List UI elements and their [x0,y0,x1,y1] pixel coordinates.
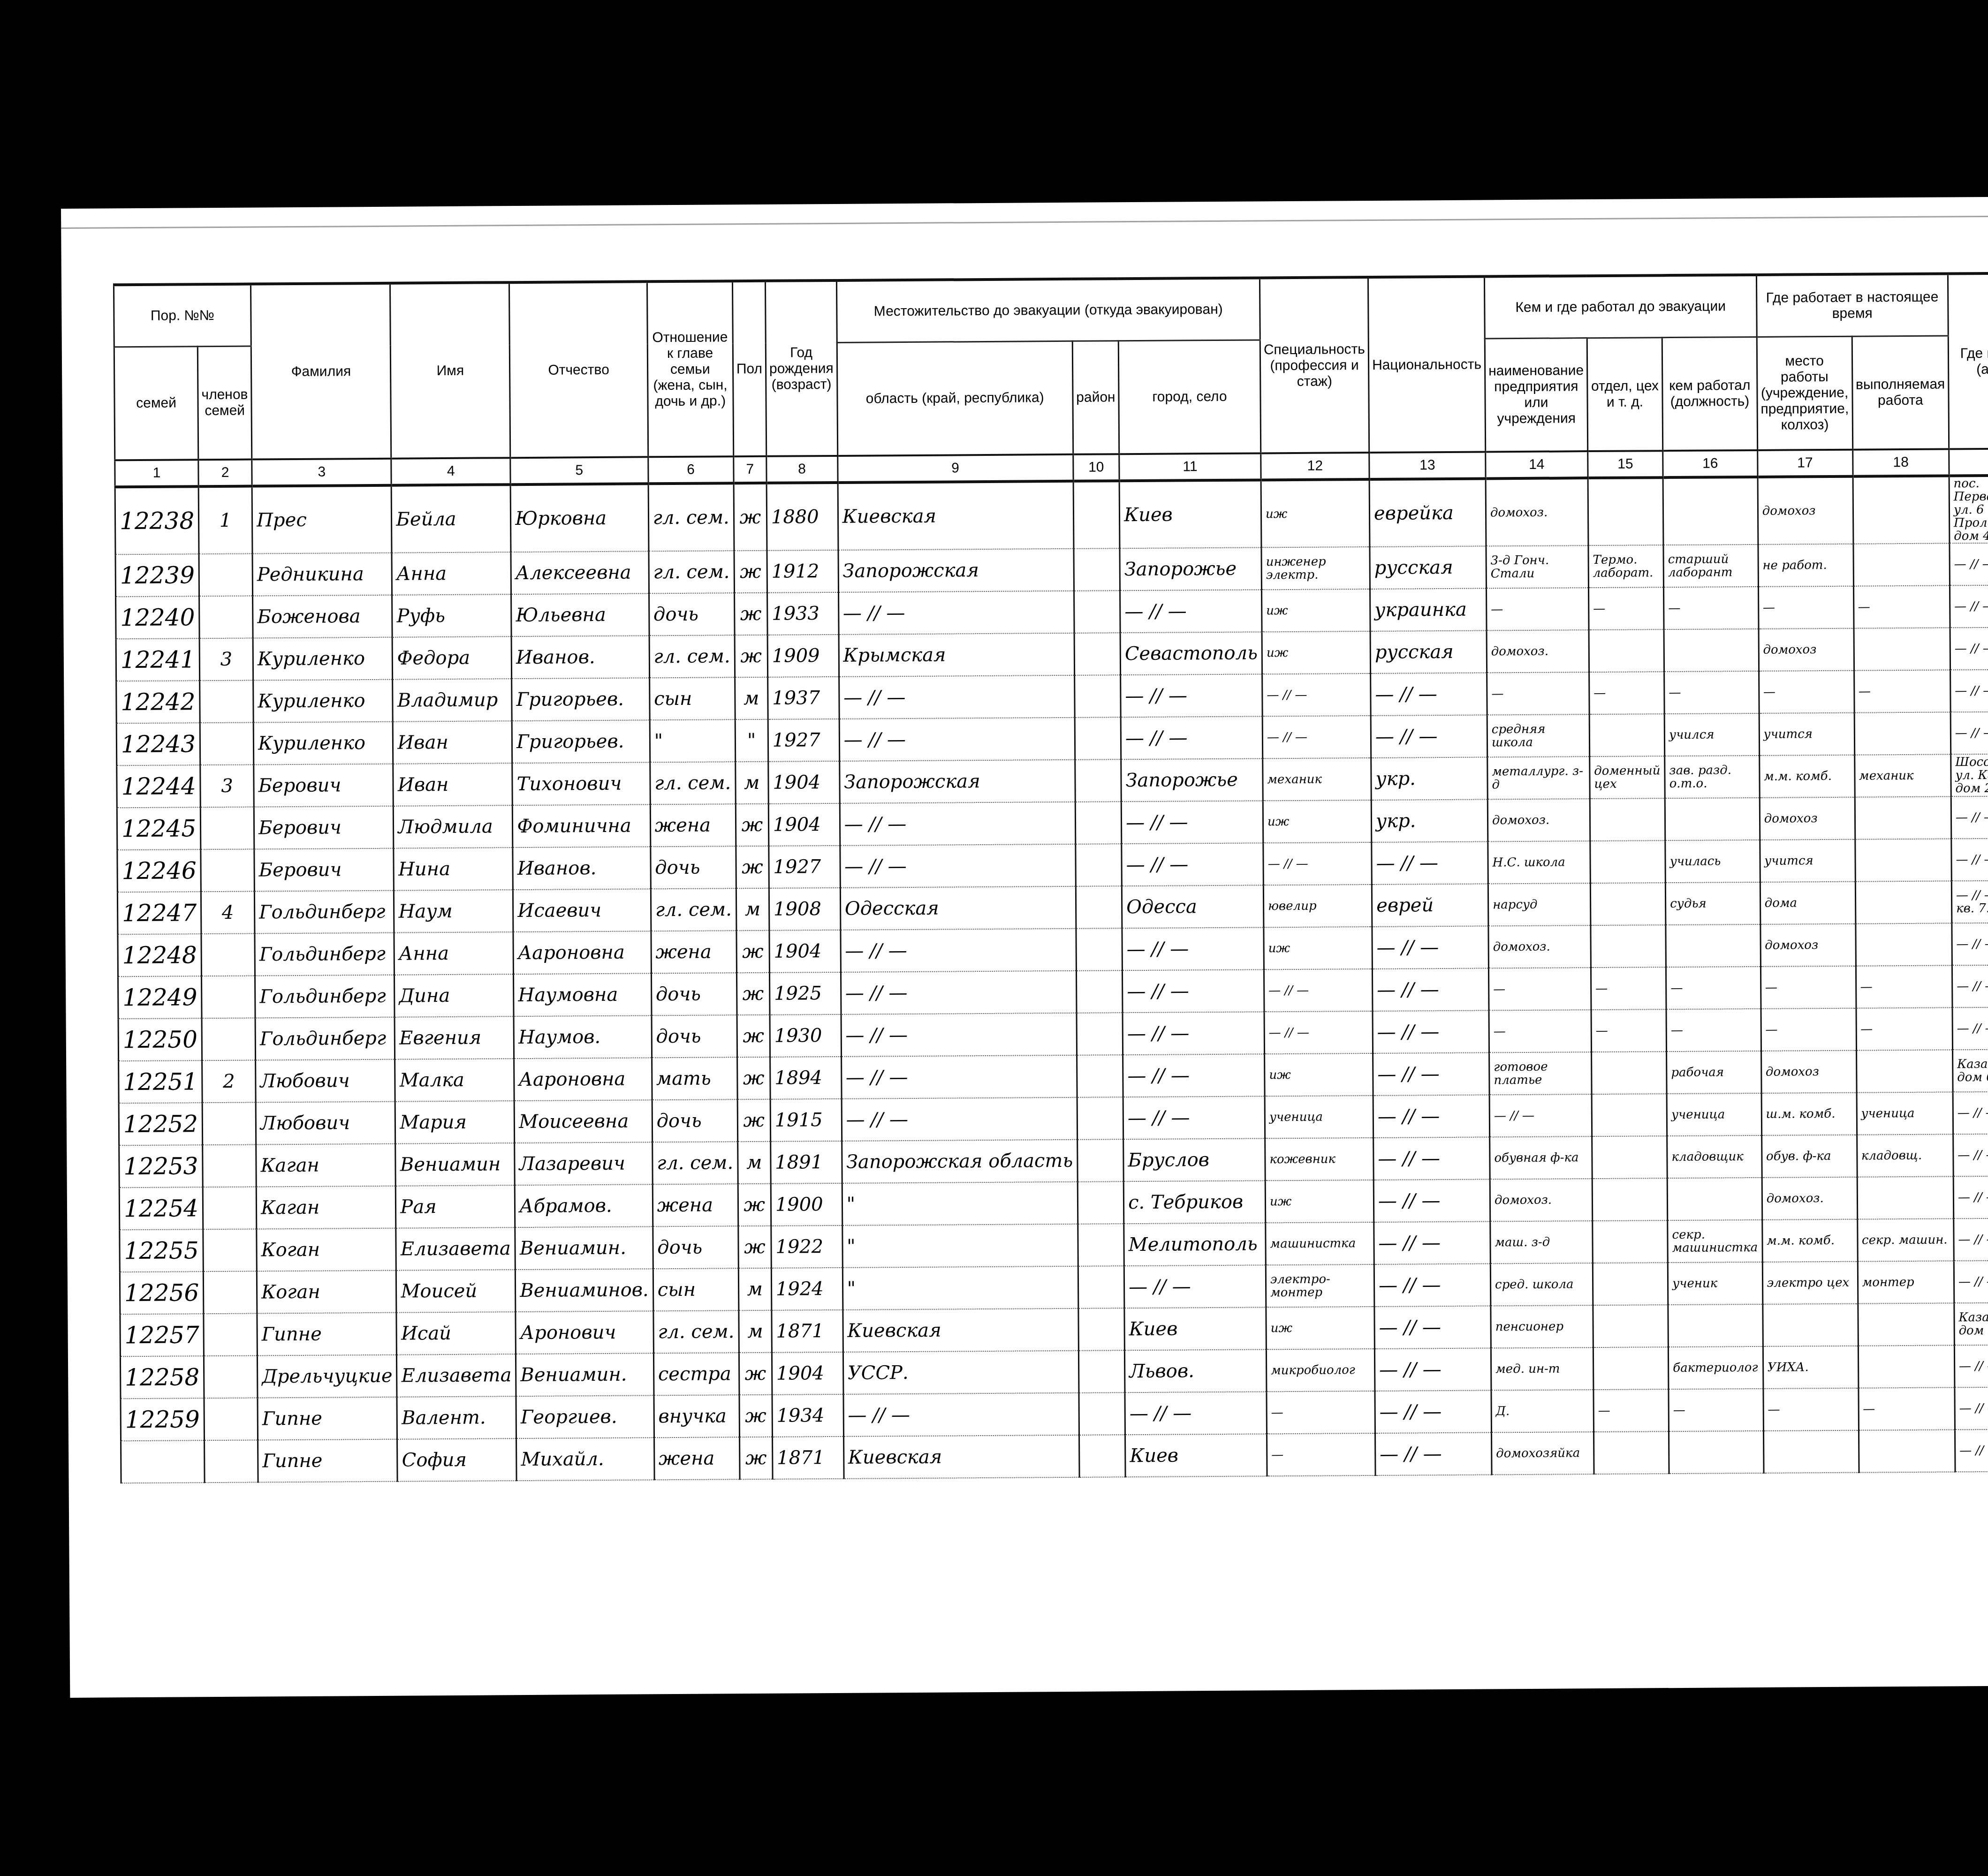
cell-col-4: Бейла [392,484,511,553]
cell-col-4: Моисей [396,1270,516,1313]
cell-col-11: Бруслов [1123,1138,1265,1181]
cell-col-17 [1762,1304,1858,1346]
cell-col-17: домохоз. [1762,1177,1857,1220]
cell-col-8: 1925 [769,972,841,1015]
cell-col-18: монтер [1858,1261,1954,1303]
cell-col-3: Гольдинберг [255,933,395,976]
cell-col-17: — [1759,671,1854,713]
cell-col-19: — // — // — [1954,1345,1988,1387]
cell-col-5: Наумов. [514,1015,652,1059]
cell-col-1: 12238 [115,486,199,554]
cell-col-4: Мария [395,1101,515,1144]
cell-col-10 [1077,1224,1124,1266]
header-col-9: область (край, республика) [837,341,1073,456]
cell-col-1: 12258 [120,1356,204,1399]
cell-col-16: ученица [1667,1093,1761,1136]
cell-col-13: еврейка [1369,478,1486,547]
column-number: 2 [198,460,252,487]
cell-col-18 [1859,1430,1955,1472]
cell-col-18: — [1856,965,1952,1008]
cell-col-1: 12257 [120,1314,204,1356]
register-body: 122381ПресБейлаЮрковнагл. сем.ж1880Киевс… [115,475,1988,1483]
cell-col-14: 3-д Гонч. Стали [1486,545,1588,588]
scan-top-edge [61,216,1988,229]
cell-col-3: Каган [256,1144,396,1187]
cell-col-13: — // — [1373,1179,1490,1222]
cell-col-11: Запорожье [1121,758,1263,802]
cell-col-6: жена [653,1184,738,1226]
cell-col-10 [1075,802,1122,844]
column-number: 8 [766,456,838,483]
cell-col-9: — // — [839,675,1075,719]
cell-col-15 [1590,883,1666,925]
column-number: 1 [115,460,198,487]
cell-col-3: Боженова [253,595,393,638]
cell-col-11: — // — [1125,1392,1267,1435]
cell-col-19: — // — // — [1951,796,1988,839]
cell-col-11: — // — [1121,801,1263,844]
cell-col-3: Коган [257,1271,396,1314]
table-row: 122381ПресБейлаЮрковнагл. сем.ж1880Киевс… [115,475,1988,554]
cell-col-5: Аароновна [513,931,651,974]
cell-col-3: Дрельчуцкие [258,1355,397,1398]
cell-col-16: судья [1665,882,1760,925]
cell-col-14: сред. школа [1490,1263,1593,1306]
column-number: 17 [1757,450,1852,477]
cell-col-14: пенсионер [1491,1305,1593,1348]
cell-col-6: дочь [652,1015,737,1058]
cell-col-11: — // — [1123,969,1264,1013]
cell-col-14: — [1487,672,1589,715]
cell-col-11: Запорожье [1120,547,1261,590]
cell-col-8: 1891 [770,1141,842,1184]
cell-col-6: жена [654,1437,740,1480]
cell-col-19: — // — [1952,923,1988,965]
cell-col-8: 1930 [770,1014,841,1057]
header-col-10: район [1072,341,1119,454]
cell-col-18 [1855,881,1952,923]
cell-col-16: училась [1665,840,1760,883]
cell-col-10 [1074,548,1120,591]
cell-col-11: — // — [1123,1012,1264,1055]
cell-col-17: ш.м. комб. [1761,1093,1857,1135]
cell-col-18: секр. машин. [1857,1218,1954,1261]
cell-col-2 [199,596,253,639]
cell-col-4: Руфь [392,594,511,637]
cell-col-18 [1854,628,1950,670]
header-col-12: Специальность (профессия и стаж) [1260,277,1369,453]
cell-col-2 [203,1187,257,1229]
cell-col-9: Запорожская [839,760,1075,803]
cell-col-10 [1074,633,1121,675]
cell-col-15 [1593,1347,1669,1390]
cell-col-16 [1663,477,1758,545]
cell-col-15: — [1589,672,1664,714]
cell-col-5: Юрковна [510,484,648,552]
cell-col-11: Львов. [1125,1349,1267,1392]
cell-col-13: еврей [1372,884,1488,927]
column-number: 10 [1073,454,1119,481]
cell-col-19: — // — // — [1953,1091,1988,1134]
cell-col-9: " [842,1266,1078,1310]
cell-col-10 [1077,1097,1123,1140]
cell-col-7: ж [736,846,769,888]
cell-col-12: машинистка [1266,1222,1374,1265]
cell-col-1: 12241 [116,638,200,681]
cell-col-2 [200,723,254,765]
cell-col-5: Тихонович [512,762,650,805]
cell-col-11: Киев [1125,1434,1267,1477]
cell-col-2 [201,934,255,976]
cell-col-4: Анна [392,552,511,595]
cell-col-16: старший лаборант [1663,545,1758,587]
cell-col-18: механик [1854,754,1951,797]
cell-col-5: Наумовна [514,973,652,1016]
cell-col-3: Берович [254,764,394,807]
cell-col-12: — [1267,1433,1376,1476]
cell-col-15 [1591,1051,1667,1094]
cell-col-18 [1857,1176,1954,1219]
cell-col-4: Елизавета [396,1227,515,1271]
cell-col-9: — // — [841,1055,1077,1099]
cell-col-15 [1593,1431,1669,1474]
cell-col-10 [1076,844,1122,886]
cell-col-18: ученица [1857,1092,1953,1135]
cell-col-14: готовое платье [1489,1052,1592,1095]
cell-col-18: — [1858,1387,1955,1430]
cell-col-2 [204,1313,258,1356]
cell-col-5: Алексеевна [511,551,649,594]
cell-col-11: Мелитополь [1124,1223,1266,1266]
cell-col-8: 1894 [770,1057,841,1099]
column-number: 12 [1261,453,1369,480]
cell-col-16 [1668,1304,1763,1347]
column-number: 4 [391,458,510,485]
header-col-2: членов семей [197,346,251,460]
cell-col-16: — [1664,671,1759,714]
cell-col-3: Гольдинберг [254,891,394,934]
cell-col-5: Вениамин. [515,1226,653,1270]
cell-col-15: Термо. лаборат. [1588,545,1664,588]
cell-col-13: — // — [1371,673,1487,716]
cell-col-5: Фоминична [513,804,651,847]
cell-col-1: 12239 [115,554,199,597]
cell-col-14: домохоз. [1486,478,1588,546]
cell-col-7: ж [738,1226,771,1268]
cell-col-8: 1904 [769,930,841,973]
cell-col-7: ж [736,804,769,846]
column-number: 18 [1852,449,1949,476]
cell-col-7: м [739,1310,772,1353]
cell-col-6: гл. сем. [648,483,734,551]
cell-col-8: 1912 [767,550,838,593]
header-col-8: Год рождения (возраст) [765,280,837,456]
cell-col-17: дома [1760,882,1855,924]
cell-col-2: 1 [198,486,252,554]
cell-col-4: Наум [394,890,513,933]
cell-col-4: София [397,1438,516,1482]
cell-col-14: домохоз. [1488,925,1591,968]
cell-col-1: 12243 [116,723,200,765]
cell-col-19: — // — // — [1952,965,1988,1007]
cell-col-17: домохоз [1760,924,1856,967]
cell-col-11: — // — [1121,674,1262,717]
cell-col-6: гл. сем. [650,762,736,804]
cell-col-16 [1664,629,1759,672]
cell-col-11: — // — [1120,590,1262,633]
cell-col-14: обувная ф-ка [1490,1136,1592,1179]
cell-col-6: сын [653,1268,739,1311]
cell-col-4: Вениамин [395,1143,515,1186]
cell-col-8: 1937 [767,677,839,719]
cell-col-2 [201,849,255,892]
cell-col-9: — // — [840,844,1076,888]
cell-col-8: 1908 [769,888,840,930]
cell-col-8: 1934 [772,1394,843,1437]
cell-col-19: — // — [1950,711,1988,754]
cell-col-13: — // — [1373,1010,1489,1053]
header-col-15: отдел, цех и т. д. [1587,338,1663,451]
cell-col-12: иж [1262,589,1371,632]
cell-col-1: 12252 [119,1103,203,1145]
cell-col-11: — // — [1123,1096,1265,1139]
cell-col-9: " [842,1224,1078,1268]
header-col-11: город, село [1118,340,1260,454]
cell-col-5: Юльевна [511,593,649,636]
column-number: 5 [510,457,648,484]
cell-col-9: — // — [839,718,1075,761]
cell-col-9: " [842,1182,1078,1225]
header-col-14: наименование предприятия или учреждения [1485,338,1587,452]
cell-col-12: — [1267,1391,1375,1434]
cell-col-5: Вениамин. [516,1353,654,1396]
cell-col-9: — // — [841,1013,1077,1057]
cell-col-19: — // — [1955,1429,1988,1472]
cell-col-10 [1075,759,1121,802]
cell-col-10 [1077,1055,1123,1097]
cell-col-6: гл. сем. [653,1310,739,1353]
header-col-16: кем работал (должность) [1662,337,1757,451]
cell-col-14: — [1486,588,1588,630]
cell-col-6: гл. сем. [649,551,735,593]
cell-col-12: механик [1263,758,1372,801]
cell-col-5: Георгиев. [516,1395,654,1438]
cell-col-14: домохоз. [1487,630,1589,673]
cell-col-14: — // — [1489,1094,1592,1137]
cell-col-7: м [737,1142,771,1184]
cell-col-10 [1078,1308,1125,1351]
cell-col-12: иж [1262,631,1371,674]
cell-col-6: мать [652,1057,737,1100]
cell-col-9: Киевская [843,1309,1079,1352]
cell-col-4: Иван [393,763,512,806]
cell-col-17: электро цех [1762,1262,1858,1304]
cell-col-11: — // — [1123,1054,1265,1097]
header-col-17: место работы (учреждение, предприятие, к… [1757,336,1852,450]
cell-col-3: Куриленко [253,680,393,723]
cell-col-4: Федора [393,636,512,680]
cell-col-16: — [1669,1389,1763,1431]
cell-col-13: русская [1370,546,1487,589]
cell-col-2 [200,681,254,723]
cell-col-3: Каган [256,1186,396,1229]
cell-col-7: ж [735,635,768,677]
cell-col-15: — [1593,1389,1669,1432]
cell-col-13: — // — [1372,841,1488,885]
cell-col-7: ж [739,1395,773,1437]
cell-col-7: м [736,888,769,930]
evacuee-register-table: Пор. №№ Фамилия Имя Отчество Отношение к… [113,272,1988,1483]
column-number: 14 [1486,451,1588,478]
cell-col-7: ж [739,1353,772,1395]
cell-col-11: Севастополь [1120,632,1262,675]
cell-col-16 [1667,1178,1762,1220]
cell-col-9: Запорожская область [842,1140,1077,1183]
cell-col-4: Иван [393,721,512,764]
cell-col-18 [1858,1345,1955,1388]
cell-col-17: УИХА. [1763,1346,1858,1389]
cell-col-9: Киевская [838,481,1074,550]
cell-col-15 [1589,714,1665,756]
cell-col-19: Шоссейная ул. Казанская дом 2 кв. 3 [1951,754,1988,796]
cell-col-16: рабочая [1667,1051,1761,1094]
column-number: 6 [648,456,733,484]
cell-col-13: — // — [1374,1348,1491,1391]
cell-col-10 [1076,928,1123,971]
header-col-6: Отношение к главе семьи (жена, сын, дочь… [647,281,733,457]
cell-col-12: ювелир [1263,885,1372,927]
cell-col-15 [1589,629,1664,672]
cell-col-8: 1927 [768,719,839,762]
cell-col-6: сестра [653,1353,739,1395]
cell-col-13: — // — [1371,715,1487,758]
cell-col-14: средняя школа [1487,714,1589,757]
cell-col-8: 1904 [768,803,840,846]
header-work-before-group: Кем и где работал до эвакуации [1484,275,1756,339]
cell-col-10 [1078,1266,1124,1309]
cell-col-4: Малка [395,1059,514,1102]
cell-col-16: зав. разд. о.т.о. [1665,756,1760,798]
cell-col-17: м.м. комб. [1759,755,1854,798]
cell-col-10 [1074,590,1120,633]
cell-col-12: — // — [1263,842,1372,885]
cell-col-17: учится [1759,713,1854,756]
cell-col-2: 3 [200,765,254,808]
cell-col-14: маш. з-д [1490,1221,1593,1263]
cell-col-8: 1915 [770,1099,842,1142]
cell-col-13: — // — [1374,1221,1491,1264]
cell-col-17: — [1760,966,1856,1009]
cell-col-4: Рая [396,1185,515,1228]
cell-col-2 [204,1355,258,1398]
cell-col-19: — // — [1955,1387,1988,1430]
cell-col-8: 1909 [767,635,839,677]
cell-col-19: — // — [1950,585,1988,628]
cell-col-6: гл. сем. [651,888,736,931]
cell-col-14: мед. ин-т [1491,1347,1593,1390]
cell-col-4: Евгения [395,1016,514,1059]
cell-col-2 [205,1440,258,1483]
cell-col-12: инженер электр. [1261,547,1370,590]
cell-col-3: Гипне [257,1313,397,1356]
cell-col-5: Вениаминов. [516,1269,653,1312]
cell-col-10 [1076,970,1123,1013]
header-residence-group: Местожительство до эвакуации (откуда эва… [836,278,1260,342]
cell-col-15 [1593,1305,1669,1347]
cell-col-13: укр. [1371,757,1488,800]
cell-col-17 [1763,1430,1859,1473]
cell-col-18 [1855,923,1952,966]
cell-col-16: секр. машинистка [1668,1220,1762,1263]
cell-col-10 [1075,717,1121,760]
cell-col-15 [1590,840,1666,883]
cell-col-6: дочь [653,1226,738,1269]
cell-col-12: электро-монтер [1266,1264,1374,1307]
cell-col-14: — [1488,968,1591,1010]
cell-col-19: — // — дом 6 кв. 7. [1951,880,1988,923]
cell-col-17: — [1761,1008,1856,1051]
column-number: 3 [252,459,392,486]
cell-col-19: — // — [1950,669,1988,712]
cell-col-10 [1074,675,1121,718]
cell-col-6: жена [651,930,737,973]
cell-col-12: иж [1261,479,1370,547]
cell-col-18: — [1856,1007,1953,1050]
cell-col-7: м [738,1268,772,1310]
cell-col-12: иж [1265,1053,1373,1096]
cell-col-1: 12249 [118,976,202,1019]
cell-col-19: пос. Первомайский ул. 6 - Пролетарск. до… [1949,475,1988,543]
cell-col-3: Куриленко [253,722,393,765]
header-col-7: Пол [732,281,766,456]
cell-col-3: Куриленко [253,637,393,681]
cell-col-9: — // — [840,802,1076,846]
cell-col-18 [1855,839,1951,881]
cell-col-7: ж [734,551,767,593]
cell-col-15: доменный цех [1590,756,1665,799]
cell-col-11: Киев [1124,1307,1266,1350]
cell-col-9: УССР. [843,1351,1079,1394]
cell-col-5: Аароновна [514,1058,652,1101]
cell-col-6: жена [650,804,736,847]
cell-col-17: не работ. [1758,544,1853,587]
cell-col-19: — // — // — [1954,1260,1988,1303]
cell-col-7: ж [734,593,767,635]
cell-col-14: домохоз. [1487,799,1590,841]
cell-col-16 [1666,924,1760,967]
cell-col-17: учится [1760,840,1855,882]
cell-col-14: домохозяйка [1491,1432,1593,1475]
cell-col-5: Аронович [516,1311,653,1354]
cell-col-7: " [735,719,768,762]
cell-col-17: м.м. комб. [1762,1219,1857,1262]
cell-col-10 [1079,1435,1125,1477]
cell-col-13: — // — [1375,1432,1492,1475]
cell-col-19: — // — // — [1953,1176,1988,1218]
cell-col-8: 1871 [772,1310,843,1353]
cell-col-17: домохоз [1758,477,1853,545]
cell-col-7: ж [739,1437,773,1479]
cell-col-12: — // — [1262,673,1371,716]
cell-col-13: — // — [1372,926,1489,969]
cell-col-7: ж [738,1184,771,1226]
cell-col-1: 12251 [119,1060,203,1103]
column-number: 13 [1369,452,1486,479]
cell-col-5: Абрамов. [515,1184,653,1227]
cell-col-10 [1079,1392,1125,1435]
cell-col-10 [1073,481,1120,549]
cell-col-6: сын [649,677,735,720]
